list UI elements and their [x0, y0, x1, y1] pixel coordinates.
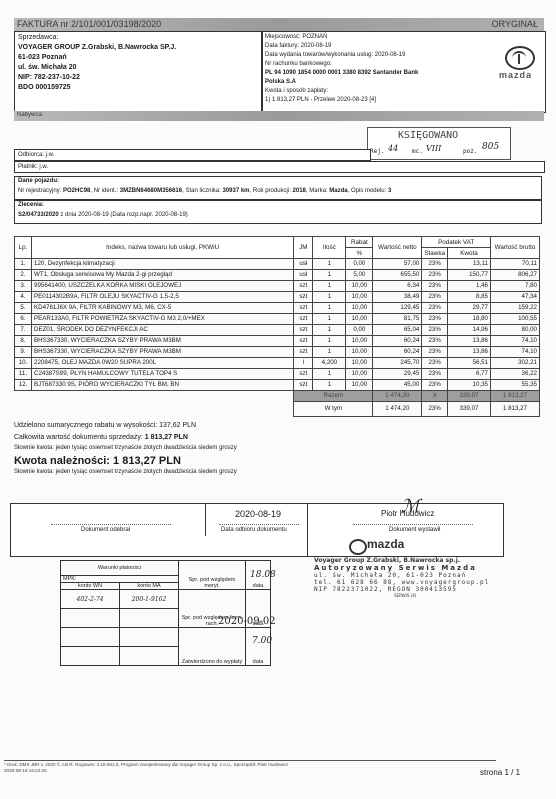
cell-rate: 23% [422, 347, 448, 358]
print-timestamp: 2020-08-19 16:22:25 [4, 768, 47, 773]
signature-box: Dokument odebrał 2020-08-19 Data odbioru… [10, 503, 504, 557]
total-summary-label: Całkowita wartość dokumentu sprzedaży: [14, 434, 143, 441]
col-vat-amount: Kwota [448, 248, 491, 259]
place: Miejscowość: POZNAŃ [265, 34, 327, 40]
cell-name: KD4761J6X 9A, FILTR KABINOWY M3, M6, CX-… [32, 303, 294, 314]
cell-jm: l [294, 358, 313, 369]
cell-name: PEAR133A0, FILTR POWIETRZA SKYACTIV-G M3… [32, 314, 294, 325]
cell-jm: usł [294, 270, 313, 281]
mazda-wordmark: mazda [499, 70, 532, 80]
cell-lp: 7. [15, 325, 32, 336]
accounting-stamp: KSIĘGOWANO Rej. 44 mc. VIII poz. 805 [367, 127, 511, 160]
cell-name: 995641400, USZCZELKA KORKA MISKI OLEJOWE… [32, 281, 294, 292]
cell-gross: 47,34 [491, 292, 540, 303]
cell-vat: 18,80 [448, 314, 491, 325]
total-row: Razem 1 474,20 X 339,07 1 813,27 [15, 391, 540, 402]
cell-vat: 14,96 [448, 325, 491, 336]
cell-vat: 150,77 [448, 270, 491, 281]
mazda-stamp-logo-icon [349, 539, 367, 555]
items-table: Lp. Indeks, nazwa towaru lub usługi, PKW… [14, 236, 540, 417]
col-lp: Lp. [15, 237, 32, 259]
year-label: Rok produkcji: [253, 188, 291, 194]
ma-header: konto MA [120, 583, 179, 590]
dealer-ids: NIP 7822371022, REGON 300413595 [314, 586, 489, 593]
cell-vat: 1,46 [448, 281, 491, 292]
cell-gross: 100,55 [491, 314, 540, 325]
cell-jm: szt [294, 347, 313, 358]
total-rate: X [422, 391, 448, 402]
dealer-contact: tel. 61 628 66 88, www.voyagergroup.pl [314, 579, 489, 586]
orders-box: Zlecenia: S2/04733/2020 z dnia 2020-08-1… [14, 200, 542, 224]
stamp-mc-label: mc. [412, 148, 423, 155]
cell-gross: 74,10 [491, 336, 540, 347]
cell-lp: 1. [15, 259, 32, 270]
buyer-label: Nabywca: [17, 112, 43, 118]
handwritten-date-2: 2020-09-02 [218, 616, 276, 627]
cell-jm: szt [294, 292, 313, 303]
amount-due: Kwota należności: 1 813,27 PLN [14, 455, 181, 467]
stamp-title: KSIĘGOWANO [398, 130, 458, 141]
dealer-service: Autoryzowany Serwis Mazda [314, 564, 489, 572]
cell-lp: 4. [15, 292, 32, 303]
cell-gross: 70,11 [491, 259, 540, 270]
cell-rate: 23% [422, 314, 448, 325]
col-vat: Podatek VAT [422, 237, 491, 248]
cell-rate: 23% [422, 380, 448, 391]
delivery-date: Data wydania towarów/wykonania usług: 20… [265, 52, 405, 58]
wtym-label: W tym [294, 402, 373, 417]
vin-value: 3MZBN64680M356616 [120, 188, 182, 194]
wtym-vat: 339,07 [448, 402, 491, 417]
cell-jm: szt [294, 325, 313, 336]
ma-value: 200-1-9162 [120, 590, 179, 609]
cell-name: 2208475, OLEJ MAZDA 0W20 SUPRA 200L [32, 358, 294, 369]
issuer-signature: ℳ [401, 496, 420, 517]
cell-net: 60,24 [373, 336, 422, 347]
cell-qty: 1 [313, 369, 346, 380]
stamp-rej-label: Rej. [370, 148, 384, 155]
cell-qty: 1 [313, 292, 346, 303]
cell-rate: 23% [422, 281, 448, 292]
cell-rate: 23% [422, 325, 448, 336]
dealer-stamp: Voyager Group Z.Grabski, B.Nawrocka sp.j… [314, 557, 489, 598]
cell-discount: 0,00 [346, 259, 373, 270]
amount-due-label: Kwota należności: [14, 455, 110, 467]
cell-name: BHS367330, WYCIERACZKA SZYBY PRAWA M3BM [32, 336, 294, 347]
cell-name: WT1, Obsługa serwisowa My Mazda 2-gi prz… [32, 270, 294, 281]
order-number: S2/04733/2020 [18, 212, 59, 218]
cell-net: 60,24 [373, 347, 422, 358]
mileage-value: 30937 km [222, 188, 249, 194]
table-row: 11.C24387S99, PŁYN HAMULCOWY TUTELA TOP4… [15, 369, 540, 380]
cell-lp: 2. [15, 270, 32, 281]
cell-discount: 10,00 [346, 336, 373, 347]
cell-discount: 10,00 [346, 347, 373, 358]
cell-rate: 23% [422, 270, 448, 281]
cell-qty: 1 [313, 380, 346, 391]
amount-in-words-2: Słownie kwota: jeden tysiąc osiemset trz… [14, 469, 237, 475]
cell-discount: 10,00 [346, 358, 373, 369]
cell-discount: 10,00 [346, 314, 373, 325]
col-qty: Ilość [313, 237, 346, 259]
cell-jm: szt [294, 336, 313, 347]
payment-info: 1) 1 813,27 PLN - Przelew 2020-08-23 [4] [265, 97, 376, 103]
cell-name: DEZ01, ŚRODEK DO DEZYNFEKCJI AC [32, 325, 294, 336]
cell-jm: szt [294, 369, 313, 380]
wn-value: 402-2-74 [61, 590, 120, 609]
table-row: 2.WT1, Obsługa serwisowa My Mazda 2-gi p… [15, 270, 540, 281]
cell-discount: 5,00 [346, 270, 373, 281]
cell-qty: 1 [313, 259, 346, 270]
cell-vat: 13,86 [448, 336, 491, 347]
cell-jm: szt [294, 281, 313, 292]
cell-rate: 23% [422, 369, 448, 380]
cell-discount: 10,00 [346, 303, 373, 314]
cell-name: C24387S99, PŁYN HAMULCOWY TUTELA TOP4 S [32, 369, 294, 380]
cell-lp: 12. [15, 380, 32, 391]
cell-net: 29,45 [373, 369, 422, 380]
cell-discount: 0,00 [346, 325, 373, 336]
dealer-dept: SERWIS (4) [394, 593, 489, 598]
cell-lp: 9. [15, 347, 32, 358]
cell-net: 245,70 [373, 358, 422, 369]
vehicle-line: Nr rejestracyjny: PO2HC98, Nr ident.: 3M… [18, 188, 391, 194]
cell-gross: 302,21 [491, 358, 540, 369]
cell-gross: 55,35 [491, 380, 540, 391]
bank-account: PL 94 1090 1854 0000 0001 3380 8392 Sant… [265, 70, 418, 76]
dealer-name: Voyager Group Z.Grabski, B.Nawrocka sp.j… [314, 557, 489, 564]
invoice-date: Data faktury: 2020-08-19 [265, 43, 331, 49]
receipt-date-label: Data odbioru dokumentu [221, 527, 287, 533]
issuer-label: Dokument wystawił [389, 527, 440, 533]
cell-discount: 10,00 [346, 281, 373, 292]
cell-net: 57,00 [373, 259, 422, 270]
invoice-details-box: Miejscowość: POZNAŃ Data faktury: 2020-0… [262, 31, 546, 113]
table-row: 8.BHS367330, WYCIERACZKA SZYBY PRAWA M3B… [15, 336, 540, 347]
cell-net: 38,49 [373, 292, 422, 303]
print-info: * Druk: DMS JBR v. 2020 © J.B.R. Rogowie… [4, 762, 288, 767]
cell-vat: 10,35 [448, 380, 491, 391]
cell-qty: 1 [313, 281, 346, 292]
cell-net: 6,34 [373, 281, 422, 292]
cell-jm: szt [294, 303, 313, 314]
cell-lp: 10. [15, 358, 32, 369]
cell-rate: 23% [422, 336, 448, 347]
mazda-logo-icon [505, 46, 535, 70]
discount-value: 137,62 PLN [159, 422, 196, 429]
invoice-title: FAKTURA nr 2/101/001/03198/2020 [17, 19, 161, 29]
table-row: 9.BHS367330, WYCIERACZKA SZYBY PRAWA M3B… [15, 347, 540, 358]
cell-net: 65,04 [373, 325, 422, 336]
cell-jm: szt [294, 380, 313, 391]
cell-gross: 7,80 [491, 281, 540, 292]
bank-label: Nr rachunku bankowego: [265, 61, 332, 67]
seller-street: ul. św. Michała 20 [18, 64, 77, 71]
reg-value: PO2HC98 [63, 188, 90, 194]
bank-name: Polska S.A [265, 79, 296, 85]
cell-vat: 56,51 [448, 358, 491, 369]
model-label: Opis modelu: [351, 188, 386, 194]
dealer-address: ul. św. Michała 20, 61-023 Poznań [314, 572, 489, 579]
table-row: 1.120, Dezynfekcja klimatyzacjiusł10,005… [15, 259, 540, 270]
order-text: z dnia 2020-08-19 (Data rozp.napr. 2020-… [59, 212, 188, 218]
cell-vat: 13,11 [448, 259, 491, 270]
cell-jm: usł [294, 259, 313, 270]
cell-name: PE0114302B9A, FILTR OLEJU SKYACTIV-G 1,5… [32, 292, 294, 303]
buyer-band: Nabywca: [14, 111, 544, 121]
mazda-stamp-wordmark: mazda [367, 537, 404, 551]
table-row: 10.2208475, OLEJ MAZDA 0W20 SUPRA 200Ll4… [15, 358, 540, 369]
cell-qty: 1 [313, 336, 346, 347]
table-row: 7.DEZ01, ŚRODEK DO DEZYNFEKCJI ACszt10,0… [15, 325, 540, 336]
table-row: 5.KD4761J6X 9A, FILTR KABINOWY M3, M6, C… [15, 303, 540, 314]
wtym-gross: 1 813,27 [491, 402, 540, 417]
cell-discount: 10,00 [346, 369, 373, 380]
amount-in-words-1: Słownie kwota: jeden tysiąc osiemset trz… [14, 445, 237, 451]
table-row: 3.995641400, USZCZELKA KORKA MISKI OLEJO… [15, 281, 540, 292]
approved-label: Zatwierdzono do wypłaty [179, 628, 246, 666]
cell-lp: 8. [15, 336, 32, 347]
amount-due-value: 1 813,27 PLN [113, 455, 181, 467]
wtym-net: 1 474,20 [373, 402, 422, 417]
cell-name: BHS367330, WYCIERACZKA SZYBY PRAWA M3BM [32, 347, 294, 358]
year-value: 2018 [293, 188, 306, 194]
cell-lp: 3. [15, 281, 32, 292]
invoice-title-band: FAKTURA nr 2/101/001/03198/2020 ORYGINAŁ [14, 18, 544, 31]
cell-qty: 1 [313, 270, 346, 281]
seller-nip: NIP: 782-237-10-22 [18, 74, 80, 81]
cell-qty: 1 [313, 325, 346, 336]
total-vat: 339,07 [448, 391, 491, 402]
col-name: Indeks, nazwa towaru lub usługi, PKWiU [32, 237, 294, 259]
vehicle-box: Dane pojazdu: Nr rejestracyjny: PO2HC98,… [14, 176, 542, 200]
col-discount-unit: % [346, 248, 373, 259]
handwritten-time: 7.00 [252, 636, 272, 646]
cell-discount: 10,00 [346, 380, 373, 391]
cell-qty: 1 [313, 347, 346, 358]
cell-lp: 6. [15, 314, 32, 325]
approved-date: data [246, 628, 271, 666]
cell-gross: 159,22 [491, 303, 540, 314]
col-discount: Rabat [346, 237, 373, 248]
reg-label: Nr rejestracyjny: [18, 188, 61, 194]
copy-label: ORYGINAŁ [492, 19, 538, 29]
seller-box: Sprzedawca: VOYAGER GROUP Z.Grabski, B.N… [14, 31, 262, 113]
cell-gross: 80,00 [491, 325, 540, 336]
recipient: Odbiorca: j.w. [14, 149, 371, 161]
total-net: 1 474,20 [373, 391, 422, 402]
total-summary-value: 1 813,27 PLN [145, 434, 188, 441]
col-gross: Wartość brutto [491, 237, 540, 259]
accounting-stamp-table: Warunki płatności Spr. pod względem mery… [60, 560, 271, 666]
cell-lp: 11. [15, 369, 32, 380]
cell-rate: 23% [422, 303, 448, 314]
mileage-label: Stan licznika: [185, 188, 220, 194]
cell-vat: 29,77 [448, 303, 491, 314]
wn-header: konto WN [61, 583, 120, 590]
cell-rate: 23% [422, 259, 448, 270]
wtym-row: W tym 1 474,20 23% 339,07 1 813,27 [15, 402, 540, 417]
col-jm: JM [294, 237, 313, 259]
cell-rate: 23% [422, 358, 448, 369]
cell-vat: 8,85 [448, 292, 491, 303]
seller-bdo: BDO 000159725 [18, 84, 71, 91]
cell-jm: szt [294, 314, 313, 325]
seller-city: 61-023 Poznań [18, 54, 67, 61]
cell-qty: 1 [313, 303, 346, 314]
cell-vat: 6,77 [448, 369, 491, 380]
cell-net: 81,75 [373, 314, 422, 325]
stamp-poz-value: 805 [482, 142, 499, 152]
mpk-label: MPK: [61, 576, 179, 583]
payer: Płatnik: j.w. [14, 161, 545, 173]
cell-net: 45,00 [373, 380, 422, 391]
table-row: 6.PEAR133A0, FILTR POWIETRZA SKYACTIV-G … [15, 314, 540, 325]
vehicle-label: Dane pojazdu: [18, 178, 59, 184]
cell-lp: 5. [15, 303, 32, 314]
vin-label: Nr ident.: [94, 188, 118, 194]
seller-label: Sprzedawca: [18, 34, 58, 41]
cell-qty: 1 [313, 314, 346, 325]
orders-label: Zlecenia: [18, 202, 44, 208]
cell-discount: 10,00 [346, 292, 373, 303]
col-net: Wartość netto [373, 237, 422, 259]
table-row: 12.BJT687330 9S, PIÓRO WYCIERACZKI TYŁ B… [15, 380, 540, 391]
table-row: 4.PE0114302B9A, FILTR OLEJU SKYACTIV-G 1… [15, 292, 540, 303]
receipt-date: 2020-08-19 [235, 509, 281, 519]
col-vat-rate: Stawka [422, 248, 448, 259]
cell-qty: 4,200 [313, 358, 346, 369]
merit-check: Spr. pod względem meryt. [179, 561, 246, 590]
cell-vat: 13,86 [448, 347, 491, 358]
page-number: strona 1 / 1 [480, 768, 520, 777]
cell-gross: 806,27 [491, 270, 540, 281]
orders-line: S2/04733/2020 z dnia 2020-08-19 (Data ro… [18, 212, 188, 218]
cell-name: BJT687330 9S, PIÓRO WYCIERACZKI TYŁ BM, … [32, 380, 294, 391]
wtym-rate: 23% [422, 402, 448, 417]
total-label: Razem [294, 391, 373, 402]
cell-net: 655,50 [373, 270, 422, 281]
cell-gross: 36,22 [491, 369, 540, 380]
received-label: Dokument odebrał [81, 527, 130, 533]
stamp-poz-label: poz. [463, 148, 477, 155]
payment-label: Kwota i sposób zapłaty: [265, 88, 328, 94]
model-value: 3 [388, 188, 391, 194]
cell-net: 129,45 [373, 303, 422, 314]
make-value: Mazda [329, 188, 347, 194]
total-gross: 1 813,27 [491, 391, 540, 402]
seller-name: VOYAGER GROUP Z.Grabski, B.Nawrocka SP.J… [18, 44, 176, 51]
handwritten-date-1: 18.08 [250, 570, 276, 580]
cell-name: 120, Dezynfekcja klimatyzacji [32, 259, 294, 270]
payment-terms: Warunki płatności [61, 561, 179, 576]
cell-gross: 74,10 [491, 347, 540, 358]
cell-rate: 23% [422, 292, 448, 303]
stamp-rej-value: 44 [388, 144, 398, 153]
total-summary: Całkowita wartość dokumentu sprzedaży: 1… [14, 434, 188, 441]
make-label: Marka: [309, 188, 327, 194]
discount-label: Udzielono sumarycznego rabatu w wysokośc… [14, 422, 157, 429]
discount-summary: Udzielono sumarycznego rabatu w wysokośc… [14, 422, 196, 429]
stamp-mc-value: VIII [426, 144, 441, 153]
